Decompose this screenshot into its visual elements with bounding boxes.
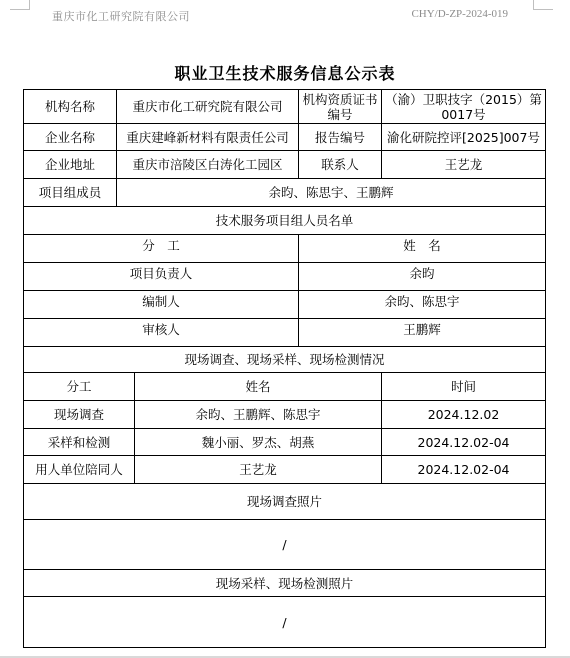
field-names: 余昀、王鹏辉、陈思宇	[135, 401, 382, 429]
team-name: 余昀	[299, 263, 546, 291]
report-no-label: 报告编号	[299, 124, 382, 151]
members-label: 项目组成员	[24, 179, 117, 207]
row-members: 项目组成员 余昀、陈思宇、王鹏辉	[24, 179, 546, 207]
team-name: 王鹏辉	[299, 319, 546, 347]
field-names: 魏小丽、罗杰、胡燕	[135, 429, 382, 456]
disclosure-table: 机构名称 重庆市化工研究院有限公司 机构资质证书编号 （渝）卫职技字（2015）…	[23, 89, 546, 648]
company-label: 企业名称	[24, 124, 117, 151]
team-row: 项目负责人 余昀	[24, 263, 546, 291]
org-name-value: 重庆市化工研究院有限公司	[117, 90, 299, 124]
team-row: 编制人 余昀、陈思宇	[24, 291, 546, 319]
field-names: 王艺龙	[135, 456, 382, 484]
team-role: 审核人	[24, 319, 299, 347]
contact-label: 联系人	[299, 151, 382, 179]
team-name: 余昀、陈思宇	[299, 291, 546, 319]
team-list-title-row: 技术服务项目组人员名单	[24, 207, 546, 235]
members-value: 余昀、陈思宇、王鹏辉	[117, 179, 546, 207]
survey-photos-row: /	[24, 520, 546, 570]
field-date: 2024.12.02	[382, 401, 546, 429]
sampling-photos-title-row: 现场采样、现场检测照片	[24, 570, 546, 597]
team-list-title: 技术服务项目组人员名单	[24, 207, 546, 235]
document-title: 职业卫生技术服务信息公示表	[0, 61, 570, 84]
report-no-value: 渝化研院控评[2025]007号	[382, 124, 546, 151]
company-value: 重庆建峰新材料有限责任公司	[117, 124, 299, 151]
team-list-header-row: 分 工 姓 名	[24, 235, 546, 263]
field-work-row: 现场调查 余昀、王鹏辉、陈思宇 2024.12.02	[24, 401, 546, 429]
field-header-names: 姓名	[135, 373, 382, 401]
field-date: 2024.12.02-04	[382, 429, 546, 456]
cert-no-value: （渝）卫职技字（2015）第0017号	[382, 90, 546, 124]
field-work-row: 采样和检测 魏小丽、罗杰、胡燕 2024.12.02-04	[24, 429, 546, 456]
field-role: 用人单位陪同人	[24, 456, 135, 484]
crop-mark-top-right	[533, 0, 553, 10]
field-work-title-row: 现场调查、现场采样、现场检测情况	[24, 347, 546, 373]
survey-photos-title: 现场调查照片	[24, 484, 546, 520]
team-header-name: 姓 名	[299, 235, 546, 263]
sampling-photos-title: 现场采样、现场检测照片	[24, 570, 546, 597]
contact-value: 王艺龙	[382, 151, 546, 179]
row-address: 企业地址 重庆市涪陵区白涛化工园区 联系人 王艺龙	[24, 151, 546, 179]
field-header-role: 分工	[24, 373, 135, 401]
team-role: 编制人	[24, 291, 299, 319]
org-name-label: 机构名称	[24, 90, 117, 124]
survey-photos-content: /	[24, 520, 546, 570]
crop-mark-top-left	[10, 0, 30, 10]
team-role: 项目负责人	[24, 263, 299, 291]
team-row: 审核人 王鹏辉	[24, 319, 546, 347]
field-role: 现场调查	[24, 401, 135, 429]
sampling-photos-row: /	[24, 597, 546, 648]
row-org-name: 机构名称 重庆市化工研究院有限公司 机构资质证书编号 （渝）卫职技字（2015）…	[24, 90, 546, 124]
page-header-organization: 重庆市化工研究院有限公司	[52, 8, 190, 24]
sampling-photos-content: /	[24, 597, 546, 648]
address-label: 企业地址	[24, 151, 117, 179]
field-work-row: 用人单位陪同人 王艺龙 2024.12.02-04	[24, 456, 546, 484]
field-work-title: 现场调查、现场采样、现场检测情况	[24, 347, 546, 373]
field-date: 2024.12.02-04	[382, 456, 546, 484]
field-header-date: 时间	[382, 373, 546, 401]
field-role: 采样和检测	[24, 429, 135, 456]
address-value: 重庆市涪陵区白涛化工园区	[117, 151, 299, 179]
cert-no-label: 机构资质证书编号	[299, 90, 382, 124]
survey-photos-title-row: 现场调查照片	[24, 484, 546, 520]
team-header-role: 分 工	[24, 235, 299, 263]
field-work-header-row: 分工 姓名 时间	[24, 373, 546, 401]
row-company: 企业名称 重庆建峰新材料有限责任公司 报告编号 渝化研院控评[2025]007号	[24, 124, 546, 151]
page-header-doc-code: CHY/D-ZP-2024-019	[411, 8, 508, 20]
